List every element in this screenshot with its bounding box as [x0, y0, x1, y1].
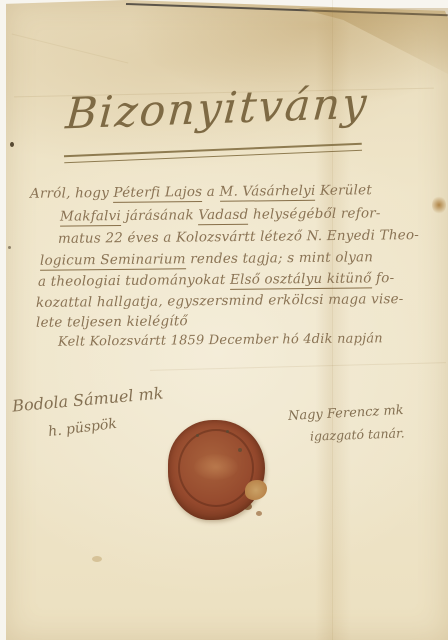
body-line-5: a theologiai tudományokat Első osztályu … [38, 270, 394, 290]
stain-bottom-left [92, 556, 102, 562]
seal-speck [196, 434, 199, 437]
seal-crest-emboss [194, 454, 238, 480]
underlined-grade: Első osztályu kitünő [230, 270, 372, 289]
body-text: Kerület [315, 182, 372, 199]
body-text: a [202, 184, 219, 200]
seal-speck [238, 448, 242, 452]
body-text: fo- [371, 270, 394, 286]
speck-left-edge [10, 142, 14, 147]
body-text: járásának [121, 207, 199, 224]
photo-background: Bizonyitvány Arról, hogy Péterfi Lajos a… [0, 0, 448, 640]
body-text: a theologiai tudományokat [38, 272, 230, 290]
underlined-place: Vadasd [198, 207, 248, 226]
body-line-2: Makfalvi járásának Vadasd helységéből re… [60, 205, 381, 224]
seal-speck [226, 430, 229, 433]
stain-below-seal-2 [256, 511, 262, 516]
underlined-institution: logicum Seminarium [40, 251, 186, 271]
body-text: lete teljesen kielégítő [36, 313, 188, 331]
stain-right-edge [432, 196, 446, 214]
underlined-name: Péterfi Lajos [113, 184, 202, 203]
underlined-place: Makfalvi [60, 208, 121, 227]
underlined-place: M. Vásárhelyi [219, 183, 315, 202]
speck-left-lower [8, 246, 11, 249]
body-text: helységéből refor- [248, 205, 380, 222]
body-line-7: lete teljesen kielégítő [36, 313, 188, 331]
body-text: Arról, hogy [30, 185, 114, 202]
body-text: rendes tagja; s mint olyan [186, 249, 374, 267]
